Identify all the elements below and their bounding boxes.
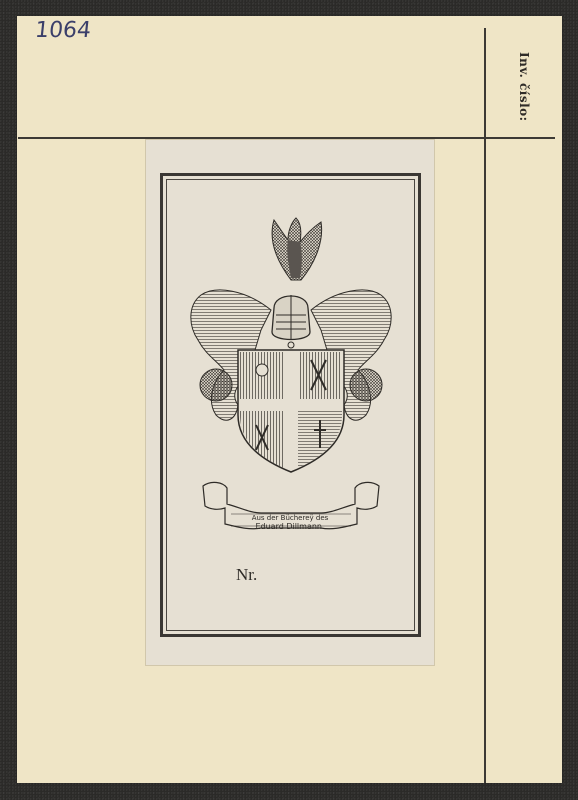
motto-line-2: Eduard Dillmann.: [146, 522, 434, 531]
catalog-card: 1064 Inv. číslo:: [17, 16, 562, 783]
coat-of-arms-illustration: [176, 200, 406, 500]
number-label: Nr.: [236, 565, 257, 585]
motto-line-1: Aus der Büchereÿ des: [146, 514, 434, 522]
inventory-number-handwritten: 1064: [34, 18, 93, 43]
vertical-rule: [484, 28, 486, 783]
horizontal-rule: [18, 137, 555, 139]
shield-icon: [238, 350, 344, 472]
inventory-label: Inv. číslo:: [517, 52, 531, 122]
eagle-icon: [272, 218, 322, 280]
helmet-icon: [272, 295, 310, 348]
bookplate: Aus der Büchereÿ des Eduard Dillmann. Nr…: [146, 140, 434, 665]
